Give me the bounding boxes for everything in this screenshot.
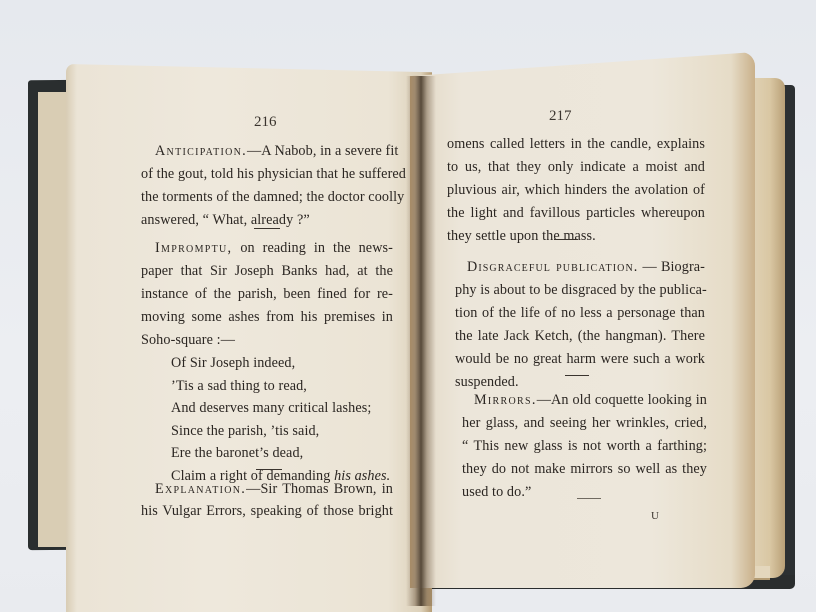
separator-rule [256, 469, 282, 470]
entry-line: of the gout, told his physician that he … [141, 163, 393, 186]
entry-line: Impromptu, on reading in the news- [141, 237, 393, 260]
entry-impromptu: Impromptu, on reading in the news- paper… [141, 237, 393, 352]
entry-line: Explanation.—Sir Thomas Brown, in [141, 478, 393, 500]
entry-line: instance of the parish, been fined for r… [141, 283, 393, 306]
entry-heading: Impromptu, [155, 240, 232, 256]
entry-line: they do not make mirrors so well as they [462, 458, 707, 481]
entry-line: to us, that they only indicate a moist a… [447, 156, 705, 179]
page-number-right: 217 [549, 108, 572, 125]
entry-heading: Disgraceful publication. [467, 259, 638, 275]
entry-mirrors: Mirrors.—An old coquette looking in her … [462, 389, 707, 504]
separator-rule [577, 498, 601, 499]
signature-mark: U [651, 510, 659, 522]
entry-line: omens called letters in the candle, expl… [447, 133, 705, 156]
entry-line: they settle upon the mass. [447, 225, 705, 248]
entry-line: paper that Sir Joseph Banks had, at the [141, 260, 393, 283]
entry-line: Anticipation.—A Nabob, in a severe fit [141, 140, 393, 163]
entry-heading: Mirrors. [474, 392, 537, 408]
entry-heading: Anticipation. [155, 143, 247, 159]
page-number-left: 216 [254, 114, 277, 131]
book-gutter [406, 76, 436, 606]
entry-line: tion of the life of no less a personage … [455, 302, 705, 325]
verse-line: ’Tis a sad thing to read, [171, 375, 401, 398]
entry-line: Mirrors.—An old coquette looking in [462, 389, 707, 412]
entry-line: the torments of the damned; the doctor c… [141, 186, 393, 209]
separator-rule [554, 239, 578, 240]
entry-line: his Vulgar Errors, speaking of those bri… [141, 500, 393, 522]
entry-line: would be no great harm were such a work [455, 348, 705, 371]
separator-rule [254, 228, 280, 229]
entry-line: used to do.” [462, 481, 707, 504]
entry-line: moving some ashes from his premises in [141, 306, 393, 329]
entry-explanation: Explanation.—Sir Thomas Brown, in his Vu… [141, 478, 393, 522]
entry-line: phy is about to be disgraced by the publ… [455, 279, 705, 302]
entry-line: “ This new glass is not worth a farthing… [462, 435, 707, 458]
entry-disgraceful-publication: Disgraceful publication. — Biogra- phy i… [455, 256, 705, 394]
entry-line: Soho-square :— [141, 329, 393, 352]
verse-line: Of Sir Joseph indeed, [171, 352, 401, 375]
entry-anticipation: Anticipation.—A Nabob, in a severe fit o… [141, 140, 393, 232]
entry-line: her glass, and seeing her wrinkles, crie… [462, 412, 707, 435]
separator-rule [565, 375, 589, 376]
entry-line: the late Jack Ketch, (the hangman). Ther… [455, 325, 705, 348]
verse-line: Since the parish, ’tis said, [171, 420, 401, 443]
entry-heading: Explanation. [155, 481, 246, 497]
verse-block: Of Sir Joseph indeed, ’Tis a sad thing t… [171, 352, 401, 487]
entry-continuation: omens called letters in the candle, expl… [447, 133, 705, 248]
entry-line: the light and favillous particles whereu… [447, 202, 705, 225]
entry-line: pluvious air, which hinders the avolatio… [447, 179, 705, 202]
verse-line: And deserves many critical lashes; [171, 397, 401, 420]
verse-line: Ere the baronet’s dead, [171, 442, 401, 465]
book-scene: 216 Anticipation.—A Nabob, in a severe f… [0, 0, 816, 612]
entry-line: Disgraceful publication. — Biogra- [455, 256, 705, 279]
